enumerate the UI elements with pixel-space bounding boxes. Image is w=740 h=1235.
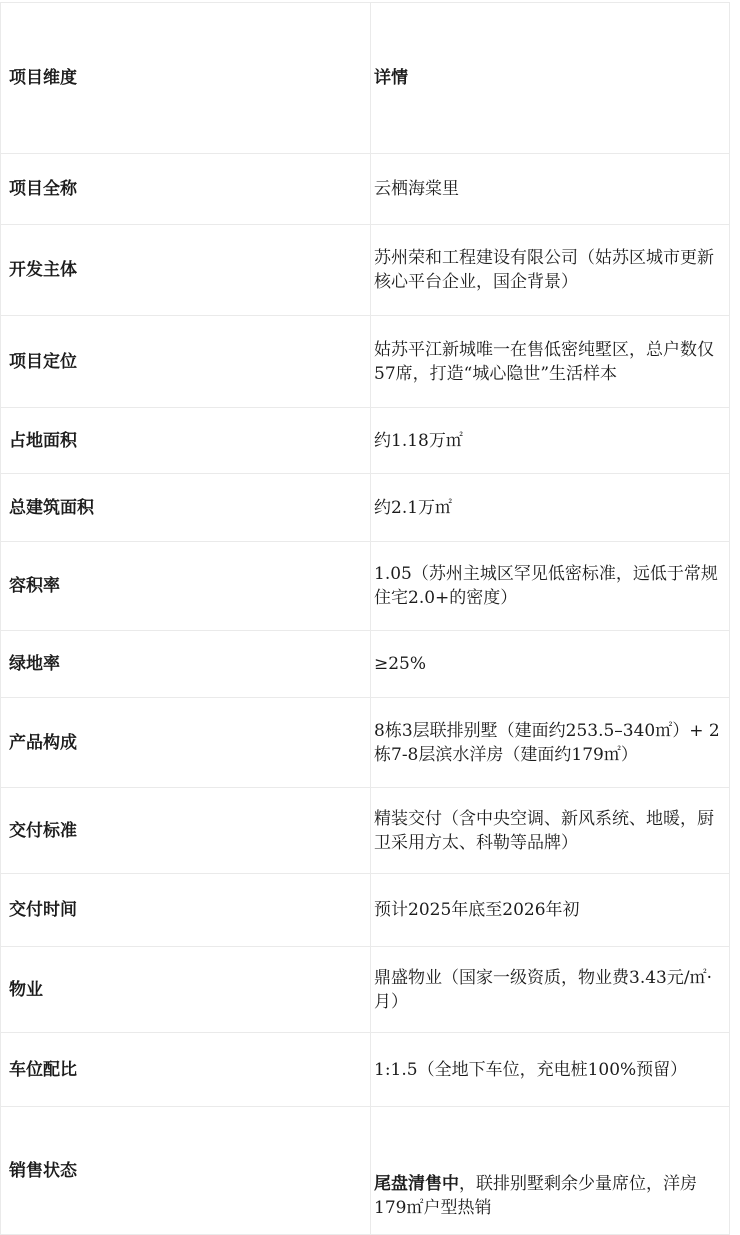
table-header-row: 项目维度 详情 bbox=[1, 3, 729, 154]
row-value-cell: ≥25% bbox=[371, 631, 729, 697]
row-label-cell: 项目定位 bbox=[1, 316, 371, 407]
row-label-cell: 物业 bbox=[1, 947, 371, 1032]
row-label-cell: 销售状态 bbox=[1, 1107, 371, 1234]
table-row-land-area: 占地面积 约1.18万㎡ bbox=[1, 408, 729, 474]
row-label-cell: 开发主体 bbox=[1, 225, 371, 315]
row-label-cell: 交付时间 bbox=[1, 874, 371, 946]
row-value: 1.05（苏州主城区罕见低密标准，远低于常规住宅2.0+的密度） bbox=[374, 562, 727, 610]
row-value-cell: 预计2025年底至2026年初 bbox=[371, 874, 729, 946]
row-value: 尾盘清售中，联排别墅剩余少量席位，洋房179㎡户型热销 bbox=[374, 1172, 727, 1220]
row-value: 姑苏平江新城唯一在售低密纯墅区，总户数仅57席，打造“城心隐世”生活样本 bbox=[374, 338, 727, 386]
row-value: 预计2025年底至2026年初 bbox=[374, 898, 727, 922]
table-row-positioning: 项目定位 姑苏平江新城唯一在售低密纯墅区，总户数仅57席，打造“城心隐世”生活样… bbox=[1, 316, 729, 408]
row-value-cell: 约2.1万㎡ bbox=[371, 474, 729, 541]
row-label-cell: 绿地率 bbox=[1, 631, 371, 697]
row-label: 绿地率 bbox=[9, 652, 358, 676]
header-detail-label: 详情 bbox=[374, 66, 727, 90]
row-label: 交付标准 bbox=[9, 819, 358, 843]
table-row-plot-ratio: 容积率 1.05（苏州主城区罕见低密标准，远低于常规住宅2.0+的密度） bbox=[1, 542, 729, 631]
row-value-cell: 苏州荣和工程建设有限公司（姑苏区城市更新核心平台企业，国企背景） bbox=[371, 225, 729, 315]
row-label: 开发主体 bbox=[9, 258, 358, 282]
header-detail-cell: 详情 bbox=[371, 3, 729, 153]
row-value-cell: 姑苏平江新城唯一在售低密纯墅区，总户数仅57席，打造“城心隐世”生活样本 bbox=[371, 316, 729, 407]
table-row-gfa: 总建筑面积 约2.1万㎡ bbox=[1, 474, 729, 542]
sales-status-highlight: 尾盘清售中 bbox=[374, 1174, 459, 1194]
row-label: 交付时间 bbox=[9, 898, 358, 922]
row-label: 容积率 bbox=[9, 574, 358, 598]
row-value: 精装交付（含中央空调、新风系统、地暖，厨卫采用方太、科勒等品牌） bbox=[374, 807, 727, 855]
row-label-cell: 占地面积 bbox=[1, 408, 371, 473]
row-label-cell: 产品构成 bbox=[1, 698, 371, 787]
row-value-cell: 8栋3层联排别墅（建面约253.5–340㎡）+ 2栋7-8层滨水洋房（建面约1… bbox=[371, 698, 729, 787]
row-value-cell: 鼎盛物业（国家一级资质，物业费3.43元/㎡·月） bbox=[371, 947, 729, 1032]
row-label: 车位配比 bbox=[9, 1058, 358, 1082]
row-label: 项目全称 bbox=[9, 177, 358, 201]
row-value-cell: 云栖海棠里 bbox=[371, 154, 729, 224]
row-label: 占地面积 bbox=[9, 429, 358, 453]
table-row-project-name: 项目全称 云栖海棠里 bbox=[1, 154, 729, 225]
row-label: 项目定位 bbox=[9, 350, 358, 374]
header-dimension-cell: 项目维度 bbox=[1, 3, 371, 153]
row-label: 销售状态 bbox=[9, 1159, 358, 1183]
row-label: 产品构成 bbox=[9, 731, 358, 755]
table-row-product-mix: 产品构成 8栋3层联排别墅（建面约253.5–340㎡）+ 2栋7-8层滨水洋房… bbox=[1, 698, 729, 788]
row-value: 约2.1万㎡ bbox=[374, 496, 727, 520]
row-value-cell: 约1.18万㎡ bbox=[371, 408, 729, 473]
row-value: 苏州荣和工程建设有限公司（姑苏区城市更新核心平台企业，国企背景） bbox=[374, 246, 727, 294]
project-info-table: 项目维度 详情 项目全称 云栖海棠里 开发主体 苏州荣和工程建设有限公司（姑苏区… bbox=[0, 2, 730, 1235]
table-row-delivery-time: 交付时间 预计2025年底至2026年初 bbox=[1, 874, 729, 947]
row-value: 云栖海棠里 bbox=[374, 177, 727, 201]
row-label-cell: 总建筑面积 bbox=[1, 474, 371, 541]
row-label-cell: 容积率 bbox=[1, 542, 371, 630]
row-value: 8栋3层联排别墅（建面约253.5–340㎡）+ 2栋7-8层滨水洋房（建面约1… bbox=[374, 719, 727, 767]
row-value-cell: 精装交付（含中央空调、新风系统、地暖，厨卫采用方太、科勒等品牌） bbox=[371, 788, 729, 873]
row-value-cell: 尾盘清售中，联排别墅剩余少量席位，洋房179㎡户型热销 bbox=[371, 1107, 729, 1234]
header-dimension-label: 项目维度 bbox=[9, 66, 358, 90]
row-label: 物业 bbox=[9, 978, 358, 1002]
row-value: 1:1.5（全地下车位，充电桩100%预留） bbox=[374, 1058, 727, 1082]
row-label-cell: 车位配比 bbox=[1, 1033, 371, 1106]
table-row-property-mgmt: 物业 鼎盛物业（国家一级资质，物业费3.43元/㎡·月） bbox=[1, 947, 729, 1033]
row-value: ≥25% bbox=[374, 652, 727, 676]
row-value: 约1.18万㎡ bbox=[374, 429, 727, 453]
table-row-parking-ratio: 车位配比 1:1.5（全地下车位，充电桩100%预留） bbox=[1, 1033, 729, 1107]
row-label: 总建筑面积 bbox=[9, 496, 358, 520]
table-row-sales-status: 销售状态 尾盘清售中，联排别墅剩余少量席位，洋房179㎡户型热销 bbox=[1, 1107, 729, 1234]
row-label-cell: 项目全称 bbox=[1, 154, 371, 224]
table-row-delivery-standard: 交付标准 精装交付（含中央空调、新风系统、地暖，厨卫采用方太、科勒等品牌） bbox=[1, 788, 729, 874]
table-row-green-ratio: 绿地率 ≥25% bbox=[1, 631, 729, 698]
row-value-cell: 1:1.5（全地下车位，充电桩100%预留） bbox=[371, 1033, 729, 1106]
row-value: 鼎盛物业（国家一级资质，物业费3.43元/㎡·月） bbox=[374, 966, 727, 1014]
row-label-cell: 交付标准 bbox=[1, 788, 371, 873]
row-value-cell: 1.05（苏州主城区罕见低密标准，远低于常规住宅2.0+的密度） bbox=[371, 542, 729, 630]
table-row-developer: 开发主体 苏州荣和工程建设有限公司（姑苏区城市更新核心平台企业，国企背景） bbox=[1, 225, 729, 316]
